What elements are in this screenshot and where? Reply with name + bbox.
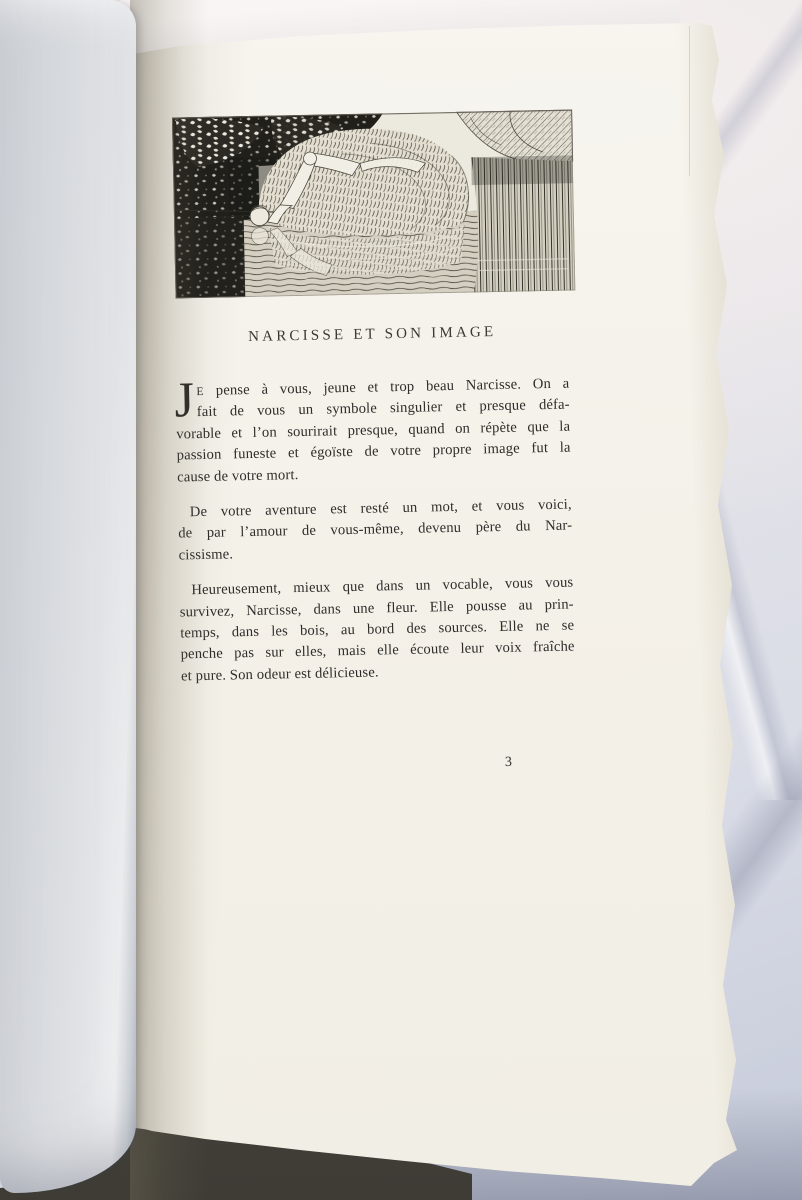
page-number: 3 xyxy=(505,755,512,771)
paragraph: Heureusement, mieux que dans un vocable,… xyxy=(179,573,575,688)
gutter-shadow xyxy=(130,0,208,1200)
photo-backdrop: NARCISSE ET SON IMAGE JE pense à vous, j… xyxy=(0,0,802,1200)
left-curled-page xyxy=(0,0,136,1193)
paragraph: JE pense à vous, jeune et trop beau Narc… xyxy=(175,374,571,489)
illustration-plate xyxy=(170,109,578,298)
page-title: NARCISSE ET SON IMAGE xyxy=(176,323,568,348)
illustration-etching xyxy=(170,109,578,298)
paragraph: De votre aventure est resté un mot, et v… xyxy=(178,495,573,567)
body-text: JE pense à vous, jeune et trop beau Narc… xyxy=(175,374,575,702)
